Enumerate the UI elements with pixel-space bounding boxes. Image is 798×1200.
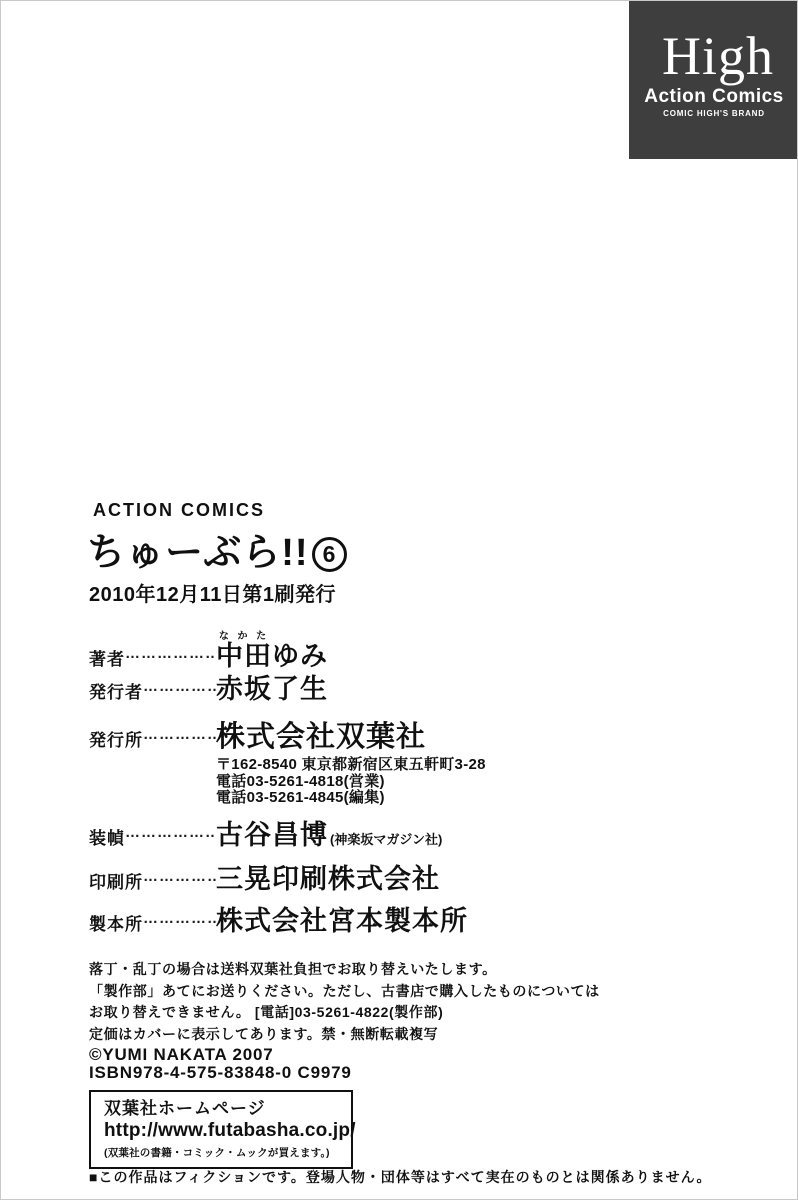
print-date: 2010年12月11日第1刷発行 [89,578,336,607]
fine-print-line: 定価はカバーに表示してあります。禁・無断転載複写 [89,1024,600,1046]
author-name-ruby: 中田なかた [216,641,272,671]
volume-badge: 6 [312,537,347,572]
credit-label-cell: 装幀 …………………………… [89,824,216,849]
author-name-rest: ゆみ [272,641,328,671]
credit-note: (神楽坂マガジン社) [330,829,442,848]
isbn-line: ISBN978-4-575-83848-0 C9979 [89,1063,352,1083]
copyright-line: ©YUMI NAKATA 2007 [89,1045,274,1065]
credit-label-cell: 発行者 …………………………… [89,678,216,703]
homepage-title: 双葉社ホームページ [104,1098,343,1119]
credit-label: 装幀 [89,824,125,849]
address-line: 電話03-5261-4818(営業) [216,774,486,791]
credit-value: 三晃印刷株式会社 [216,865,440,893]
credit-row-publisher: 発行所 …………………………… 株式会社双葉社 [89,722,426,752]
fine-print-line: 「製作部」あてにお送りください。ただし、古書店で購入したものについては [89,981,600,1003]
address-line: 〒162-8540 東京都新宿区東五軒町3-28 [216,757,486,774]
brand-sublabel: COMIC HIGH'S BRAND [663,109,765,118]
title-row: ちゅーぶら!! 6 [87,533,347,572]
credit-value: 株式会社双葉社 [216,722,426,752]
credit-value: 赤坂了生 [216,675,328,703]
brand-logo: High [654,29,774,83]
credit-value: 中田なかたゆみ [216,631,328,670]
homepage-note: (双葉社の書籍・コミック・ムックが買えます。) [104,1145,343,1160]
fine-print-line: 落丁・乱丁の場合は送料双葉社負担でお取り替えいたします。 [89,959,600,981]
publisher-homepage-box: 双葉社ホームページ http://www.futabasha.co.jp/ (双… [89,1090,353,1169]
credit-label: 製本所 [89,910,143,935]
credit-row-author: 著者 …………………………… 中田なかたゆみ [89,631,328,670]
credit-label: 発行者 [89,678,143,703]
book-title: ちゅーぶら!! [87,534,309,572]
brand-box: High Action Comics COMIC HIGH'S BRAND [629,1,798,159]
author-name-furigana: なかた [216,631,272,642]
credit-label: 著者 [89,645,125,670]
fiction-disclaimer: ■この作品はフィクションです。登場人物・団体等はすべて実在のものとは関係ありませ… [89,1167,712,1187]
dot-leader: …………………………… [143,868,216,893]
dot-leader: …………………………… [125,824,216,849]
credit-label-cell: 著者 …………………………… [89,645,216,670]
credit-row-designer: 装幀 …………………………… 古谷昌博 (神楽坂マガジン社) [89,821,442,849]
dot-leader: …………………………… [143,726,216,751]
credit-label-cell: 発行所 …………………………… [89,726,216,751]
dot-leader: …………………………… [125,645,216,670]
credit-value: 古谷昌博 [216,821,328,849]
dot-leader: …………………………… [143,678,216,703]
credit-row-publisher-person: 発行者 …………………………… 赤坂了生 [89,675,328,703]
credit-label-cell: 製本所 …………………………… [89,910,216,935]
fine-print: 落丁・乱丁の場合は送料双葉社負担でお取り替えいたします。 「製作部」あてにお送り… [89,959,600,1045]
credit-label: 印刷所 [89,868,143,893]
dot-leader: …………………………… [143,910,216,935]
credit-label-cell: 印刷所 …………………………… [89,868,216,893]
homepage-url: http://www.futabasha.co.jp/ [104,1119,343,1143]
credit-value: 株式会社宮本製本所 [216,907,468,935]
credit-label: 発行所 [89,726,143,751]
publisher-address: 〒162-8540 東京都新宿区東五軒町3-28 電話03-5261-4818(… [216,757,486,807]
imprint-label: ACTION COMICS [93,500,265,521]
address-line: 電話03-5261-4845(編集) [216,790,486,807]
author-name-base: 中田 [216,641,272,671]
credit-row-printer: 印刷所 …………………………… 三晃印刷株式会社 [89,865,440,893]
brand-label: Action Comics [644,86,784,108]
fine-print-line: お取り替えできません。 [電話]03-5261-4822(製作部) [89,1002,600,1024]
credit-row-binder: 製本所 …………………………… 株式会社宮本製本所 [89,907,468,935]
colophon-page: High Action Comics COMIC HIGH'S BRAND AC… [0,0,798,1200]
